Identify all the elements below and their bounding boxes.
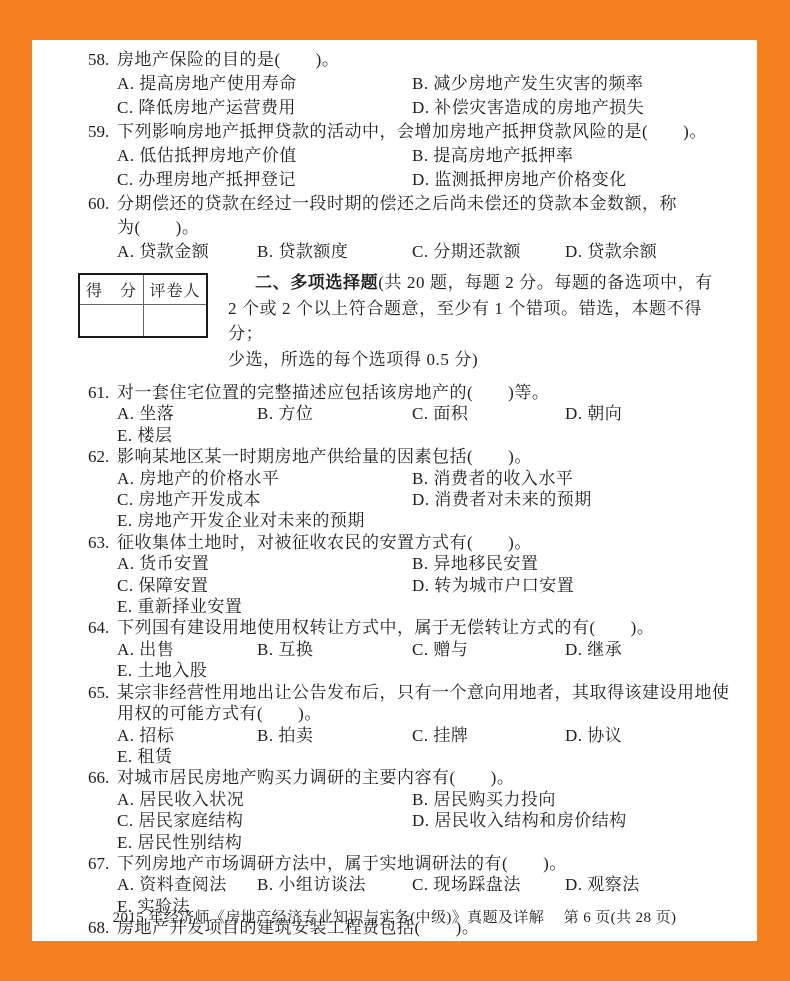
question-number: 60. bbox=[88, 192, 117, 216]
question-text: 下列国有建设用地使用权转让方式中，属于无偿转让方式的有( )。 bbox=[117, 617, 745, 638]
question-65: 65. 某宗非经营性用地出让公告发布后，只有一个意向用地者，其取得该建设用地使 … bbox=[88, 682, 745, 768]
score-section: 得 分 评卷人 二、多项选择题(共 20 题，每题 2 分。每题的备选项中，有 … bbox=[78, 270, 745, 372]
question-stem: 64. 下列国有建设用地使用权转让方式中，属于无偿转让方式的有( )。 bbox=[88, 617, 745, 638]
option-c: C. 分期还款额 bbox=[412, 240, 565, 264]
option-row: E. 楼层 bbox=[88, 425, 745, 446]
option-d: D. 协议 bbox=[565, 725, 622, 746]
option-row: A. 居民收入状况 B. 居民购买力投向 bbox=[88, 789, 745, 810]
question-text: 对城市居民房地产购买力调研的主要内容有( )。 bbox=[117, 767, 745, 788]
question-number: 65. bbox=[88, 682, 117, 703]
score-box-table: 得 分 评卷人 bbox=[78, 273, 208, 338]
question-stem: 66. 对城市居民房地产购买力调研的主要内容有( )。 bbox=[88, 767, 745, 788]
question-stem: 61. 对一套住宅位置的完整描述应包括该房地产的( )等。 bbox=[88, 382, 745, 403]
option-row: E. 房地产开发企业对未来的预期 bbox=[88, 510, 745, 531]
question-stem: 65. 某宗非经营性用地出让公告发布后，只有一个意向用地者，其取得该建设用地使 bbox=[88, 682, 745, 703]
question-text: 分期偿还的贷款在经过一段时期的偿还之后尚未偿还的贷款本金数额，称 bbox=[117, 192, 745, 216]
option-b: B. 贷款额度 bbox=[257, 240, 412, 264]
option-row: E. 土地入股 bbox=[88, 660, 745, 681]
question-stem: 62. 影响某地区某一时期房地产供给量的因素包括( )。 bbox=[88, 446, 745, 467]
option-a: A. 资料查阅法 bbox=[117, 874, 257, 895]
option-row: E. 重新择业安置 bbox=[88, 596, 745, 617]
option-e: E. 房地产开发企业对未来的预期 bbox=[117, 510, 365, 531]
section-two-intro: 二、多项选择题(共 20 题，每题 2 分。每题的备选项中，有 2 个或 2 个… bbox=[228, 270, 736, 372]
question-number: 67. bbox=[88, 853, 117, 874]
option-row: A. 招标 B. 拍卖 C. 挂牌 D. 协议 bbox=[88, 725, 745, 746]
question-text: 下列房地产市场调研方法中，属于实地调研法的有( )。 bbox=[117, 853, 745, 874]
multi-choice-section: 61. 对一套住宅位置的完整描述应包括该房地产的( )等。 A. 坐落 B. 方… bbox=[88, 382, 745, 939]
question-number: 58. bbox=[88, 48, 117, 72]
option-e: E. 重新择业安置 bbox=[117, 596, 242, 617]
question-stem: 60. 分期偿还的贷款在经过一段时期的偿还之后尚未偿还的贷款本金数额，称 bbox=[88, 192, 745, 216]
score-cell-blank bbox=[79, 305, 144, 338]
option-c: C. 现场踩盘法 bbox=[412, 874, 565, 895]
option-b: B. 方位 bbox=[257, 403, 412, 424]
question-text-line2: 为( )。 bbox=[88, 216, 745, 240]
question-number: 61. bbox=[88, 382, 117, 403]
section-two-rules-2: 2 个或 2 个以上符合题意，至少有 1 个错项。错选，本题不得分； bbox=[228, 296, 736, 347]
section-two-title-line: 二、多项选择题(共 20 题，每题 2 分。每题的备选项中，有 bbox=[228, 270, 736, 296]
question-60: 60. 分期偿还的贷款在经过一段时期的偿还之后尚未偿还的贷款本金数额，称 为( … bbox=[88, 192, 745, 264]
option-a: A. 招标 bbox=[117, 725, 257, 746]
option-row: C. 降低房地产运营费用 D. 补偿灾害造成的房地产损失 bbox=[88, 96, 745, 120]
question-text: 房地产保险的目的是( )。 bbox=[117, 48, 745, 72]
section-two-rules-1: (共 20 题，每题 2 分。每题的备选项中，有 bbox=[378, 273, 713, 292]
option-row: A. 提高房地产使用寿命 B. 减少房地产发生灾害的频率 bbox=[88, 72, 745, 96]
option-b: B. 拍卖 bbox=[257, 725, 412, 746]
option-c: C. 办理房地产抵押登记 bbox=[117, 168, 412, 192]
option-e: E. 租赁 bbox=[117, 746, 172, 767]
option-b: B. 消费者的收入水平 bbox=[412, 468, 573, 489]
option-row: A. 贷款金额 B. 贷款额度 C. 分期还款额 D. 贷款余额 bbox=[88, 240, 745, 264]
question-64: 64. 下列国有建设用地使用权转让方式中，属于无偿转让方式的有( )。 A. 出… bbox=[88, 617, 745, 681]
option-d: D. 朝向 bbox=[565, 403, 622, 424]
option-c: C. 居民家庭结构 bbox=[117, 810, 412, 831]
option-b: B. 减少房地产发生灾害的频率 bbox=[412, 72, 643, 96]
option-e: E. 居民性别结构 bbox=[117, 832, 242, 853]
option-a: A. 居民收入状况 bbox=[117, 789, 412, 810]
option-row: A. 货币安置 B. 异地移民安置 bbox=[88, 553, 745, 574]
question-61: 61. 对一套住宅位置的完整描述应包括该房地产的( )等。 A. 坐落 B. 方… bbox=[88, 382, 745, 446]
page-content: 58. 房地产保险的目的是( )。 A. 提高房地产使用寿命 B. 减少房地产发… bbox=[32, 40, 757, 939]
option-a: A. 低估抵押房地产价值 bbox=[117, 144, 412, 168]
option-row: C. 居民家庭结构 D. 居民收入结构和房价结构 bbox=[88, 810, 745, 831]
single-choice-tail-section: 58. 房地产保险的目的是( )。 A. 提高房地产使用寿命 B. 减少房地产发… bbox=[88, 48, 745, 264]
section-two-title: 二、多项选择题 bbox=[255, 273, 378, 292]
option-a: A. 提高房地产使用寿命 bbox=[117, 72, 412, 96]
option-c: C. 房地产开发成本 bbox=[117, 489, 412, 510]
option-d: D. 居民收入结构和房价结构 bbox=[412, 810, 627, 831]
option-d: D. 补偿灾害造成的房地产损失 bbox=[412, 96, 644, 120]
option-b: B. 互换 bbox=[257, 639, 412, 660]
option-row: A. 资料查阅法 B. 小组访谈法 C. 现场踩盘法 D. 观察法 bbox=[88, 874, 745, 895]
option-b: B. 提高房地产抵押率 bbox=[412, 144, 573, 168]
question-58: 58. 房地产保险的目的是( )。 A. 提高房地产使用寿命 B. 减少房地产发… bbox=[88, 48, 745, 120]
section-two-rules-3: 少选，所选的每个选项得 0.5 分) bbox=[228, 347, 736, 373]
option-d: D. 继承 bbox=[565, 639, 622, 660]
option-b: B. 异地移民安置 bbox=[412, 553, 538, 574]
grader-cell-blank bbox=[144, 305, 207, 338]
option-row: C. 保障安置 D. 转为城市户口安置 bbox=[88, 575, 745, 596]
question-text: 某宗非经营性用地出让公告发布后，只有一个意向用地者，其取得该建设用地使 bbox=[117, 682, 745, 703]
question-text: 征收集体土地时，对被征收农民的安置方式有( )。 bbox=[117, 532, 745, 553]
question-text: 下列影响房地产抵押贷款的活动中，会增加房地产抵押贷款风险的是( )。 bbox=[117, 120, 745, 144]
option-row: A. 出售 B. 互换 C. 赠与 D. 继承 bbox=[88, 639, 745, 660]
question-stem: 58. 房地产保险的目的是( )。 bbox=[88, 48, 745, 72]
option-a: A. 坐落 bbox=[117, 403, 257, 424]
question-stem: 67. 下列房地产市场调研方法中，属于实地调研法的有( )。 bbox=[88, 853, 745, 874]
option-row: C. 房地产开发成本 D. 消费者对未来的预期 bbox=[88, 489, 745, 510]
question-number: 59. bbox=[88, 120, 117, 144]
question-text: 影响某地区某一时期房地产供给量的因素包括( )。 bbox=[117, 446, 745, 467]
option-d: D. 消费者对未来的预期 bbox=[412, 489, 592, 510]
option-e: E. 土地入股 bbox=[117, 660, 207, 681]
option-a: A. 出售 bbox=[117, 639, 257, 660]
page-footer: 2015 年经济师《房地产经济专业知识与实务(中级)》真题及详解 第 6 页(共… bbox=[32, 906, 757, 927]
question-stem: 63. 征收集体土地时，对被征收农民的安置方式有( )。 bbox=[88, 532, 745, 553]
option-d: D. 观察法 bbox=[565, 874, 640, 895]
option-c: C. 赠与 bbox=[412, 639, 565, 660]
option-c: C. 降低房地产运营费用 bbox=[117, 96, 412, 120]
option-d: D. 转为城市户口安置 bbox=[412, 575, 574, 596]
option-c: C. 面积 bbox=[412, 403, 565, 424]
question-number: 66. bbox=[88, 767, 117, 788]
option-c: C. 挂牌 bbox=[412, 725, 565, 746]
option-b: B. 居民购买力投向 bbox=[412, 789, 556, 810]
question-text: 对一套住宅位置的完整描述应包括该房地产的( )等。 bbox=[117, 382, 745, 403]
question-number: 63. bbox=[88, 532, 117, 553]
score-cell-label: 得 分 bbox=[79, 274, 144, 305]
option-row: A. 坐落 B. 方位 C. 面积 D. 朝向 bbox=[88, 403, 745, 424]
question-62: 62. 影响某地区某一时期房地产供给量的因素包括( )。 A. 房地产的价格水平… bbox=[88, 446, 745, 532]
exam-paper: 58. 房地产保险的目的是( )。 A. 提高房地产使用寿命 B. 减少房地产发… bbox=[32, 40, 757, 941]
question-number: 64. bbox=[88, 617, 117, 638]
option-row: E. 租赁 bbox=[88, 746, 745, 767]
option-c: C. 保障安置 bbox=[117, 575, 412, 596]
grader-cell-label: 评卷人 bbox=[144, 274, 207, 305]
option-a: A. 房地产的价格水平 bbox=[117, 468, 412, 489]
question-number: 62. bbox=[88, 446, 117, 467]
question-63: 63. 征收集体土地时，对被征收农民的安置方式有( )。 A. 货币安置 B. … bbox=[88, 532, 745, 618]
option-e: E. 楼层 bbox=[117, 425, 172, 446]
question-stem: 59. 下列影响房地产抵押贷款的活动中，会增加房地产抵押贷款风险的是( )。 bbox=[88, 120, 745, 144]
option-row: C. 办理房地产抵押登记 D. 监测抵押房地产价格变化 bbox=[88, 168, 745, 192]
question-text-line2: 用权的可能方式有( )。 bbox=[88, 703, 745, 724]
option-row: A. 低估抵押房地产价值 B. 提高房地产抵押率 bbox=[88, 144, 745, 168]
option-b: B. 小组访谈法 bbox=[257, 874, 412, 895]
option-a: A. 货币安置 bbox=[117, 553, 412, 574]
option-row: A. 房地产的价格水平 B. 消费者的收入水平 bbox=[88, 468, 745, 489]
option-a: A. 贷款金额 bbox=[117, 240, 257, 264]
option-d: D. 贷款余额 bbox=[565, 240, 657, 264]
option-d: D. 监测抵押房地产价格变化 bbox=[412, 168, 627, 192]
question-66: 66. 对城市居民房地产购买力调研的主要内容有( )。 A. 居民收入状况 B.… bbox=[88, 767, 745, 853]
question-59: 59. 下列影响房地产抵押贷款的活动中，会增加房地产抵押贷款风险的是( )。 A… bbox=[88, 120, 745, 192]
scanned-exam-page: { "colors": { "border_orange": "#f5801d"… bbox=[0, 0, 790, 981]
option-row: E. 居民性别结构 bbox=[88, 832, 745, 853]
